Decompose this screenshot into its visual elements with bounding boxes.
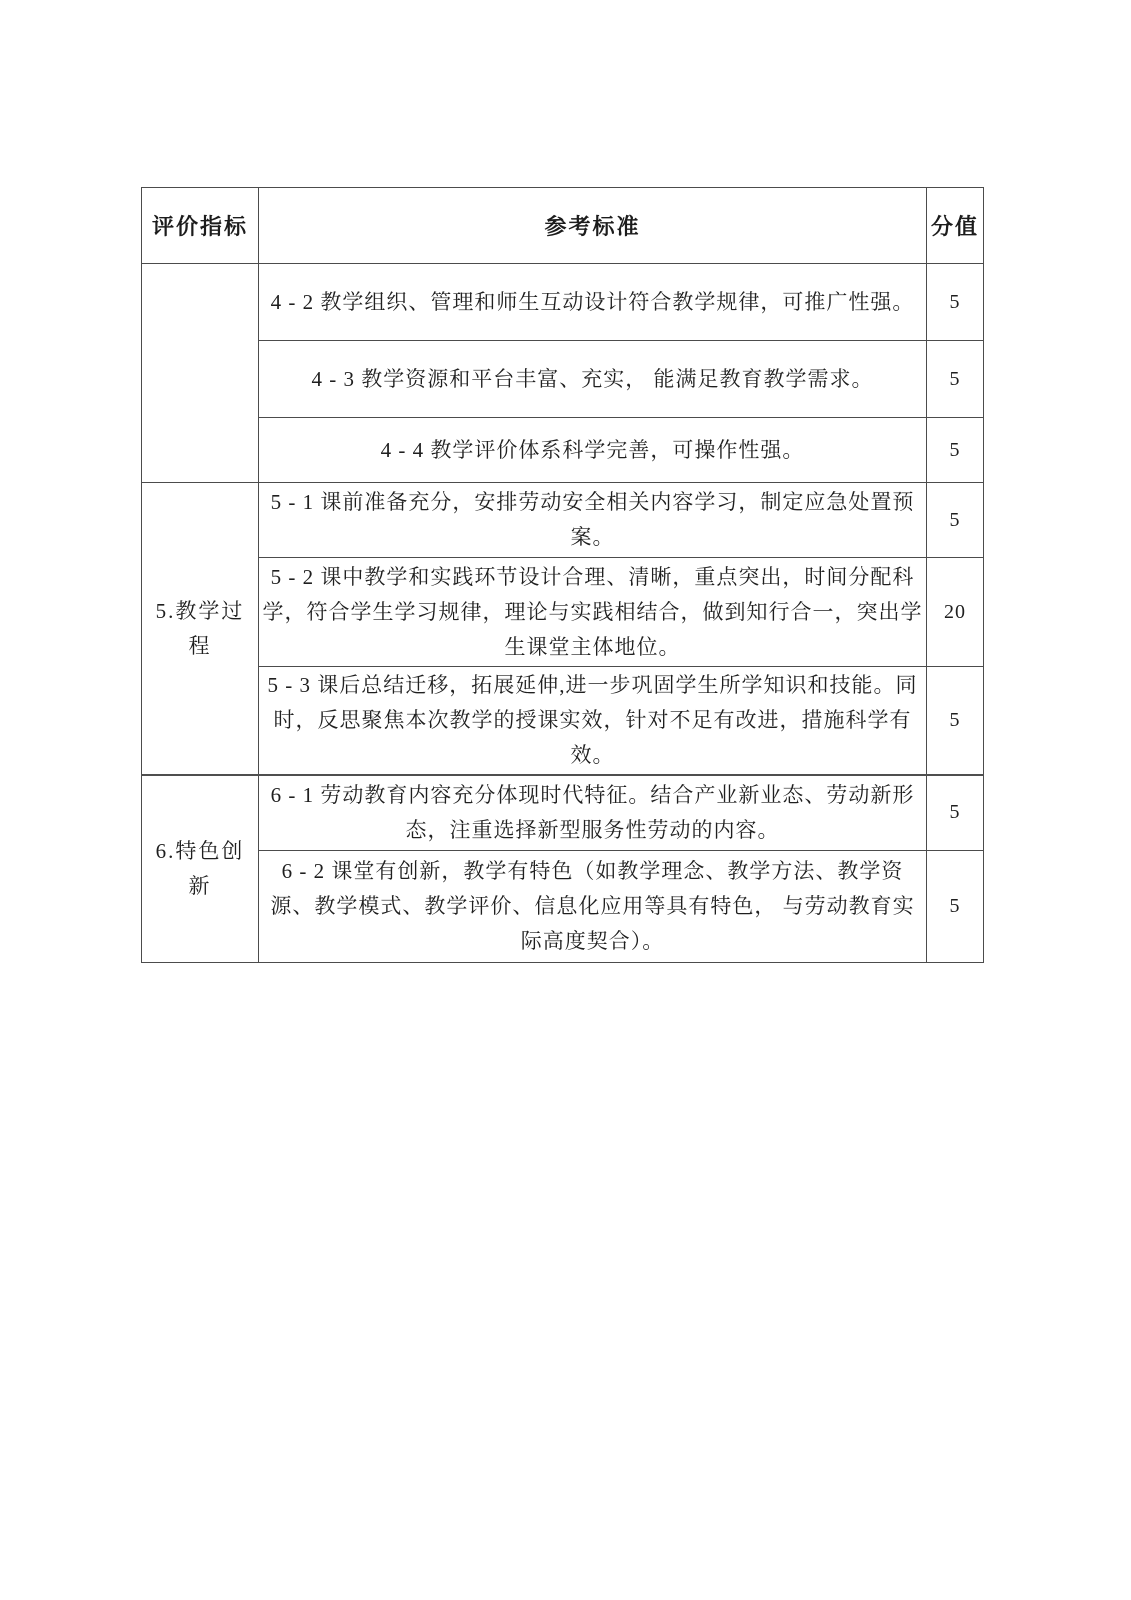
score-value-4-2: 5: [927, 264, 984, 341]
table-header-row: 评价指标 参考标准 分值: [142, 188, 984, 264]
section-label-cell-5: 5.教学过程: [142, 483, 259, 776]
score-value-6-2: 5: [927, 850, 984, 962]
score-value-5-1: 5: [927, 483, 984, 558]
criterion-text-4-3: 4 - 3 教学资源和平台丰富、充实， 能满足教育教学需求。: [259, 341, 927, 418]
table-row-4-4: 4 - 4 教学评价体系科学完善，可操作性强。 5: [142, 418, 984, 483]
table-row-6-2: 6 - 2 课堂有创新，教学有特色（如教学理念、教学方法、教学资源、教学模式、教…: [142, 850, 984, 962]
section-label-cell-6: 6.特色创新: [142, 775, 259, 962]
header-cell-indicator: 评价指标: [142, 188, 259, 264]
table-row-5-2: 5 - 2 课中教学和实践环节设计合理、清晰，重点突出，时间分配科学，符合学生学…: [142, 558, 984, 667]
criterion-text-6-2: 6 - 2 课堂有创新，教学有特色（如教学理念、教学方法、教学资源、教学模式、教…: [259, 850, 927, 962]
table-row-6-1: 6.特色创新 6 - 1 劳动教育内容充分体现时代特征。结合产业新业态、劳动新形…: [142, 775, 984, 850]
criterion-text-6-1: 6 - 1 劳动教育内容充分体现时代特征。结合产业新业态、劳动新形态，注重选择新…: [259, 775, 927, 850]
criterion-text-4-4: 4 - 4 教学评价体系科学完善，可操作性强。: [259, 418, 927, 483]
criterion-text-5-3: 5 - 3 课后总结迁移，拓展延伸,进一步巩固学生所学知识和技能。同时，反思聚焦…: [259, 667, 927, 776]
criterion-text-4-2: 4 - 2 教学组织、管理和师生互动设计符合教学规律，可推广性强。: [259, 264, 927, 341]
header-cell-score: 分值: [927, 188, 984, 264]
score-value-6-1: 5: [927, 775, 984, 850]
table-row-5-1: 5.教学过程 5 - 1 课前准备充分，安排劳动安全相关内容学习，制定应急处置预…: [142, 483, 984, 558]
score-value-5-2: 20: [927, 558, 984, 667]
score-value-4-3: 5: [927, 341, 984, 418]
evaluation-criteria-table: 评价指标 参考标准 分值 4 - 2 教学组织、管理和师生互动设计符合教学规律，…: [141, 187, 984, 963]
criterion-text-5-1: 5 - 1 课前准备充分，安排劳动安全相关内容学习，制定应急处置预案。: [259, 483, 927, 558]
criterion-text-5-2: 5 - 2 课中教学和实践环节设计合理、清晰，重点突出，时间分配科学，符合学生学…: [259, 558, 927, 667]
score-value-5-3: 5: [927, 667, 984, 776]
header-cell-standard: 参考标准: [259, 188, 927, 264]
table-row-4-2: 4 - 2 教学组织、管理和师生互动设计符合教学规律，可推广性强。 5: [142, 264, 984, 341]
document-page: 评价指标 参考标准 分值 4 - 2 教学组织、管理和师生互动设计符合教学规律，…: [0, 0, 1131, 1600]
score-value-4-4: 5: [927, 418, 984, 483]
table-row-5-3: 5 - 3 课后总结迁移，拓展延伸,进一步巩固学生所学知识和技能。同时，反思聚焦…: [142, 667, 984, 776]
table-row-4-3: 4 - 3 教学资源和平台丰富、充实， 能满足教育教学需求。 5: [142, 341, 984, 418]
section-label-cell-4: [142, 264, 259, 483]
